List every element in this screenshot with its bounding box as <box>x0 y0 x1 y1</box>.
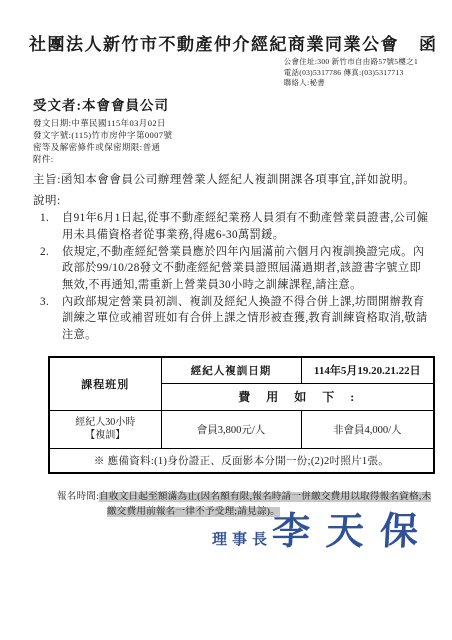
class-header-cell: 課程班別 <box>49 357 161 410</box>
item-text: 內政部規定營業員初訓、複訓及經紀人換證不得合併上課,坊間開辦教育訓練之單位或補習… <box>62 296 428 341</box>
course-fee-table: 課程班別 經紀人複訓日期 114年5月19.20.21.22日 費 用 如 下 … <box>48 356 435 474</box>
item-number: 1. <box>40 210 62 226</box>
member-fee-cell: 會員3,800元/人 <box>161 410 301 448</box>
contact-person: 聯絡人:秘書 <box>284 78 418 89</box>
date-value-cell: 114年5月19.20.21.22日 <box>301 357 434 383</box>
date-label-cell: 經紀人複訓日期 <box>161 357 301 383</box>
fee-header-cell: 費 用 如 下 : <box>161 383 434 410</box>
required-documents-cell: ※ 應備資料:(1)身份證正、反面影本分開一份;(2)2吋照片1張。 <box>49 448 434 473</box>
item-number: 2. <box>40 244 62 260</box>
subject-line: 主旨:函知本會會員公司辦理營業人經紀人複訓開課各項事宜,詳如說明。 <box>33 172 431 189</box>
contact-block: 公會住址:300 新竹市自由路57號5樓之1 電話(03)5317786 傳真:… <box>284 57 418 89</box>
chairman-title: 理事長 <box>212 528 272 549</box>
course-name-cell: 經紀人30小時 【複訓】 <box>49 410 161 448</box>
chairman-signature: 李天保 <box>271 512 435 550</box>
item-text: 依規定,不動產經紀營業員應於四年內屆滿前六個月內複訓換證完成。內政部於99/10… <box>62 246 424 291</box>
official-letter-page: 社團法人新竹市不動產仲介經紀商業同業公會函 公會住址:300 新竹市自由路57號… <box>0 0 452 640</box>
contact-address: 公會住址:300 新竹市自由路57號5樓之1 <box>284 57 418 68</box>
document-title: 社團法人新竹市不動產仲介經紀商業同業公會函 <box>29 30 430 55</box>
table-row: ※ 應備資料:(1)身份證正、反面影本分開一份;(2)2吋照片1張。 <box>49 448 434 473</box>
table-row: 課程班別 經紀人複訓日期 114年5月19.20.21.22日 <box>49 357 434 383</box>
list-item: 1.自91年6月1日起,從事不動產經紀業務人員須有不動產營業員證書,公司僱用未具… <box>40 210 432 243</box>
item-text: 自91年6月1日起,從事不動產經紀業務人員須有不動產營業員證書,公司僱用未具備資… <box>62 212 428 240</box>
item-number: 3. <box>40 294 62 310</box>
meta-block: 發文日期:中華民國115年03月02日 發文字號:(115)竹市房仲字第0007… <box>33 117 430 166</box>
subject-label: 主旨: <box>33 174 61 186</box>
meta-doc-number: 發文字號:(115)竹市房仲字第0007號 <box>33 129 430 141</box>
signup-label: 報名時間: <box>57 492 99 502</box>
explanation-items: 1.自91年6月1日起,從事不動產經紀業務人員須有不動產營業員證書,公司僱用未具… <box>40 210 432 343</box>
meta-attachment: 附件: <box>33 153 430 165</box>
subject-text: 函知本會會員公司辦理營業人經紀人複訓開課各項事宜,詳如說明。 <box>61 174 415 186</box>
signature-block: 理事長 李天保 <box>212 512 434 550</box>
table-row: 經紀人30小時 【複訓】 會員3,800元/人 非會員4,000/人 <box>49 410 434 448</box>
meta-issue-date: 發文日期:中華民國115年03月02日 <box>33 117 430 129</box>
meta-classification: 密等及解密條件或保密期限:普通 <box>33 141 430 153</box>
non-member-fee-cell: 非會員4,000/人 <box>301 410 434 448</box>
org-name: 社團法人新竹市不動產仲介經紀商業同業公會 <box>29 35 399 54</box>
doc-type-label: 函 <box>419 35 438 54</box>
explanation-label: 說明: <box>33 192 430 208</box>
recipient-line: 受文者:本會會員公司 <box>33 94 430 114</box>
list-item: 2.依規定,不動產經紀營業員應於四年內屆滿前六個月內複訓換證完成。內政部於99/… <box>40 244 432 293</box>
contact-phone-fax: 電話(03)5317786 傳真:(03)5317713 <box>284 68 418 79</box>
list-item: 3.內政部規定營業員初訓、複訓及經紀人換證不得合併上課,坊間開辦教育訓練之單位或… <box>40 294 432 343</box>
